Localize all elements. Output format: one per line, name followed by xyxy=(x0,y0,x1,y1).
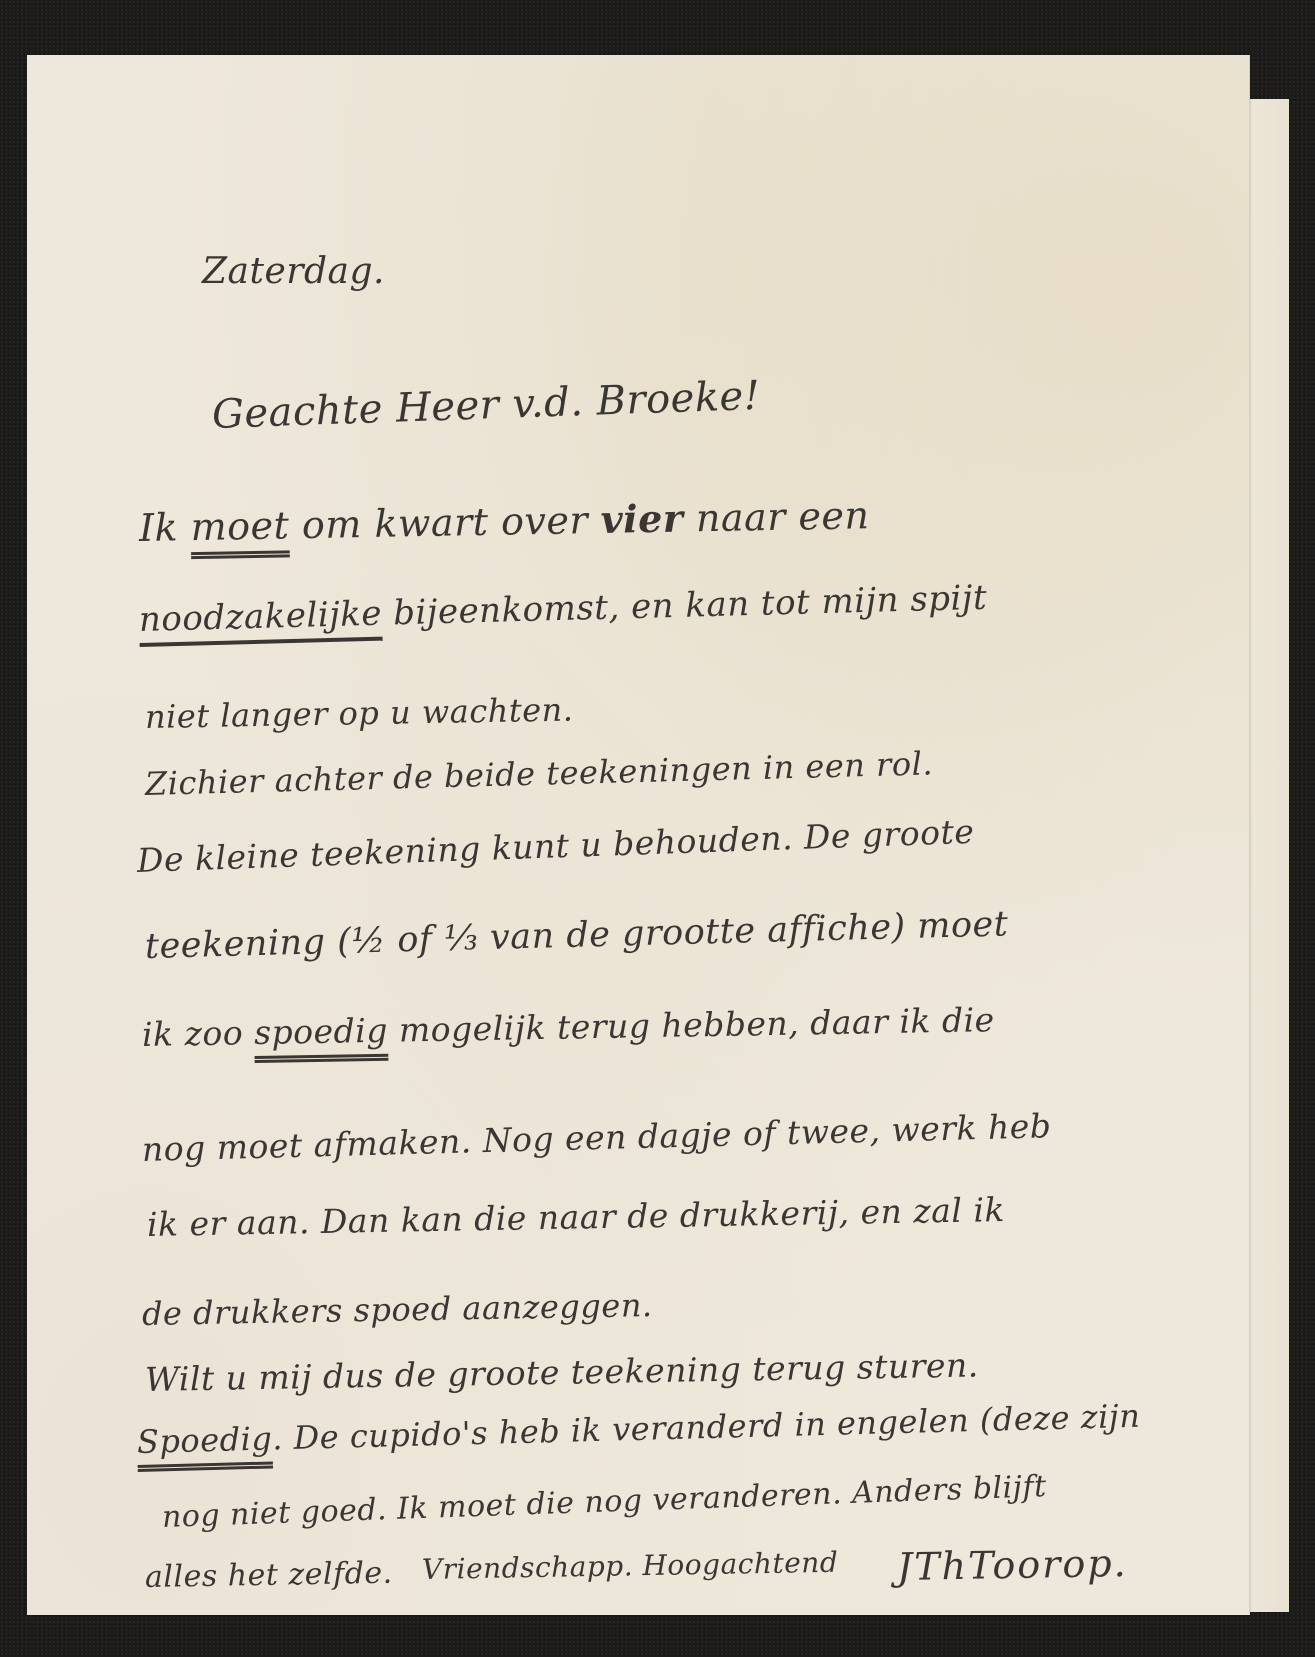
body-line-7: ik zoo spoedig mogelijk terug hebben, da… xyxy=(142,1000,995,1054)
signature: JThToorop. xyxy=(897,1541,1128,1589)
body-line-8: nog moet afmaken. Nog een dagje of twee,… xyxy=(141,1106,1051,1169)
emphasized-word: vier xyxy=(600,496,683,542)
text: naar een xyxy=(683,493,870,540)
text: om kwart over xyxy=(289,498,601,547)
text: . De cupido's heb ik veranderd in engele… xyxy=(272,1397,1141,1458)
closing: Vriendschapp. Hoogachtend xyxy=(422,1546,839,1586)
body-line-6: teekening (½ of ⅓ van de grootte affiche… xyxy=(144,904,1008,967)
body-line-10: de drukkers spoed aanzeggen. xyxy=(142,1286,653,1333)
text: mogelijk terug hebben, daar ik die xyxy=(388,1000,995,1050)
underlined-word: noodzakelijke xyxy=(138,594,382,640)
text: Ik xyxy=(139,505,191,550)
body-line-12: Spoedig. De cupido's heb ik veranderd in… xyxy=(137,1397,1141,1461)
letter-page: Zaterdag. Geachte Heer v.d. Broeke! Ik m… xyxy=(27,55,1249,1615)
body-line-14: alles het zelfde. xyxy=(145,1556,393,1595)
date-line: Zaterdag. xyxy=(202,251,385,292)
body-line-13: nog niet goed. Ik moet die nog verandere… xyxy=(161,1469,1047,1535)
body-line-9: ik er aan. Dan kan die naar de drukkerij… xyxy=(147,1190,1006,1244)
body-line-4: Zichier achter de beide teekeningen in e… xyxy=(145,744,934,803)
underlined-word: moet xyxy=(190,503,289,549)
body-line-2: noodzakelijke bijeenkomst, en kan tot mi… xyxy=(138,578,987,640)
body-line-11: Wilt u mij dus de groote teekening terug… xyxy=(145,1345,979,1399)
body-line-5: De kleine teekening kunt u behouden. De … xyxy=(136,812,975,880)
underlined-word: spoedig xyxy=(254,1011,388,1052)
body-line-3: niet langer op u wachten. xyxy=(145,691,574,736)
body-line-1: Ik moet om kwart over vier naar een xyxy=(139,492,870,550)
underlined-word: Spoedig xyxy=(137,1419,273,1461)
salutation: Geachte Heer v.d. Broeke! xyxy=(211,373,761,438)
text: bijeenkomst, en kan tot mijn spijt xyxy=(381,578,987,634)
text: ik zoo xyxy=(142,1013,255,1054)
